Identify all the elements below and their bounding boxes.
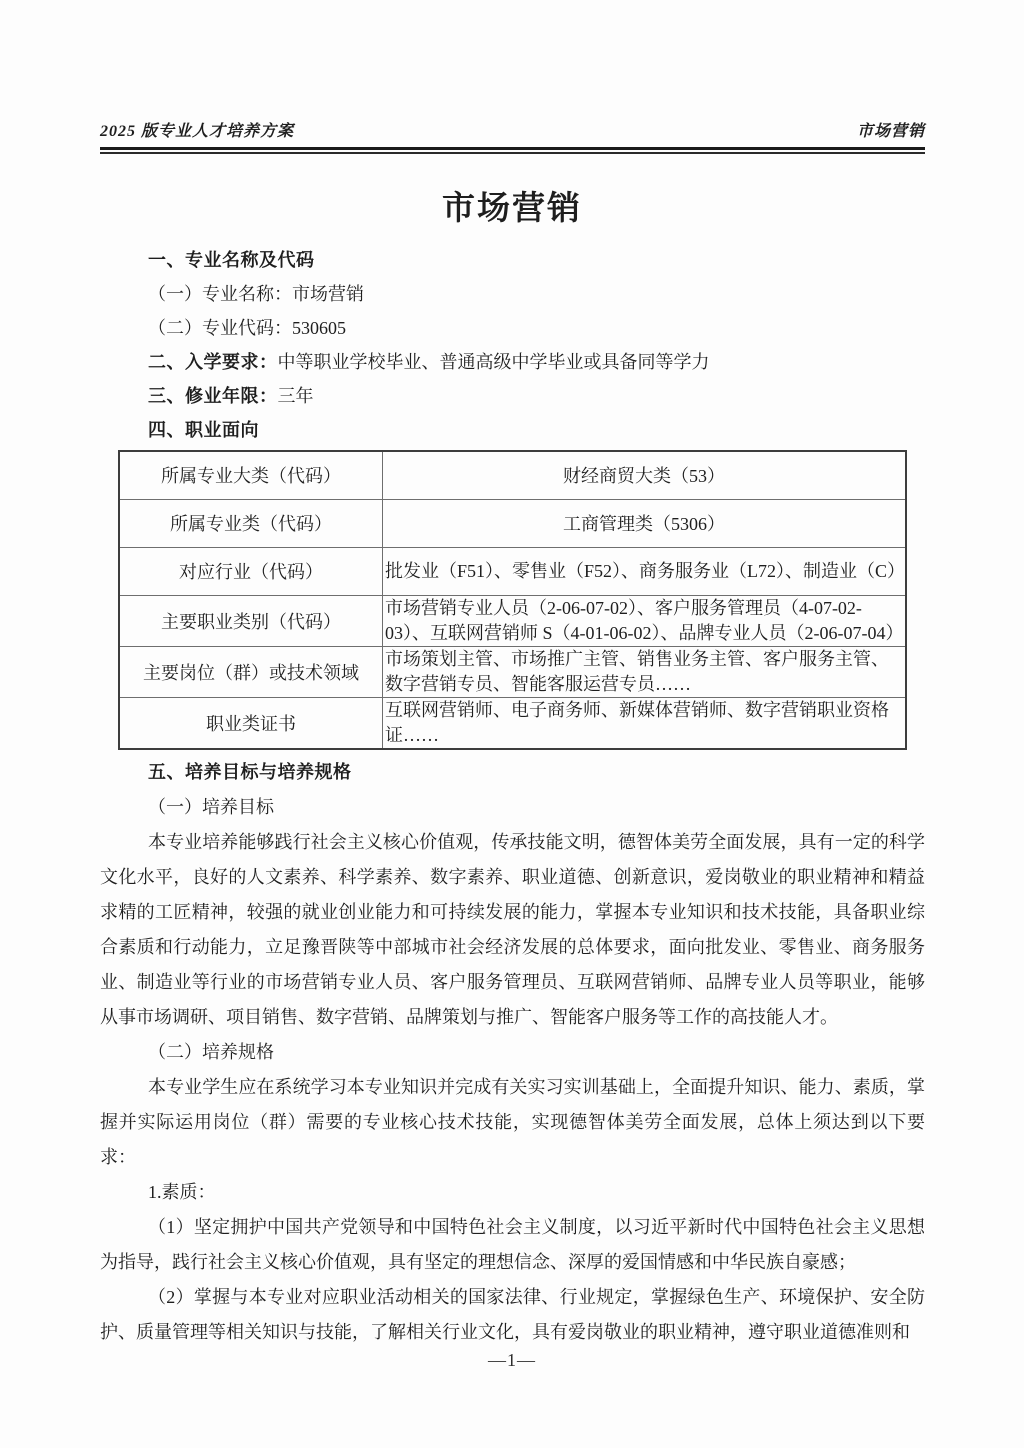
section-2-value: 中等职业学校毕业、普通高级中学毕业或具备同等学力 [278,352,710,372]
section-3-heading: 三、修业年限：三年 [100,379,925,413]
page-number: —1— [0,1350,1024,1371]
subsection-spec-heading: （二）培养规格 [100,1035,925,1070]
row-label: 所属专业类（代码） [119,499,382,547]
row-value: 市场营销专业人员（2-06-07-02）、客户服务管理员（4-07-02-03）… [382,595,906,646]
row-label: 主要职业类别（代码） [119,595,382,646]
table-row: 职业类证书 互联网营销师、电子商务师、新媒体营销师、数字营销职业资格证…… [119,697,906,749]
row-label: 职业类证书 [119,697,382,749]
section-5-heading: 五、培养目标与培养规格 [100,755,925,790]
section-2-heading: 二、入学要求：中等职业学校毕业、普通高级中学毕业或具备同等学力 [100,345,925,379]
header-double-rule [100,147,925,154]
table-row: 主要岗位（群）或技术领域 市场策划主管、市场推广主管、销售业务主管、客户服务主管… [119,646,906,697]
row-label: 对应行业（代码） [119,547,382,595]
table-row: 所属专业大类（代码） 财经商贸大类（53） [119,451,906,499]
section-4-heading: 四、职业面向 [100,413,925,447]
quality-item-2: （2）掌握与本专业对应职业活动相关的国家法律、行业规定，掌握绿色生产、环境保护、… [100,1280,925,1350]
row-label: 主要岗位（群）或技术领域 [119,646,382,697]
table-row: 主要职业类别（代码） 市场营销专业人员（2-06-07-02）、客户服务管理员（… [119,595,906,646]
row-value: 市场策划主管、市场推广主管、销售业务主管、客户服务主管、数字营销专员、智能客服运… [382,646,906,697]
section-3-label: 三、修业年限： [148,386,278,406]
table-row: 对应行业（代码） 批发业（F51）、零售业（F52）、商务服务业（L72）、制造… [119,547,906,595]
row-value: 互联网营销师、电子商务师、新媒体营销师、数字营销职业资格证…… [382,697,906,749]
section-3-value: 三年 [278,386,314,406]
row-value: 批发业（F51）、零售业（F52）、商务服务业（L72）、制造业（C） [382,547,906,595]
section-2-label: 二、入学要求： [148,352,278,372]
section-1-item-name: （一）专业名称：市场营销 [100,277,925,311]
page-header: 2025 版专业人才培养方案 市场营销 [100,118,925,154]
row-value: 财经商贸大类（53） [382,451,906,499]
page-title: 市场营销 [0,182,1024,229]
table-row: 所属专业类（代码） 工商管理类（5306） [119,499,906,547]
quality-item-1: （1）坚定拥护中国共产党领导和中国特色社会主义制度，以习近平新时代中国特色社会主… [100,1210,925,1280]
training-spec-paragraph: 本专业学生应在系统学习本专业知识并完成有关实习实训基础上，全面提升知识、能力、素… [100,1070,925,1175]
document-body: 一、专业名称及代码 （一）专业名称：市场营销 （二）专业代码：530605 二、… [100,243,925,1350]
header-right-text: 市场营销 [857,118,925,141]
quality-list-label: 1.素质： [100,1175,925,1210]
row-label: 所属专业大类（代码） [119,451,382,499]
training-goal-paragraph: 本专业培养能够践行社会主义核心价值观，传承技能文明，德智体美劳全面发展，具有一定… [100,825,925,1035]
occupation-table: 所属专业大类（代码） 财经商贸大类（53） 所属专业类（代码） 工商管理类（53… [118,450,907,750]
section-1-item-code: （二）专业代码：530605 [100,311,925,345]
section-1-heading: 一、专业名称及代码 [100,243,925,277]
header-left-text: 2025 版专业人才培养方案 [100,118,294,141]
row-value: 工商管理类（5306） [382,499,906,547]
subsection-goal-heading: （一）培养目标 [100,790,925,825]
